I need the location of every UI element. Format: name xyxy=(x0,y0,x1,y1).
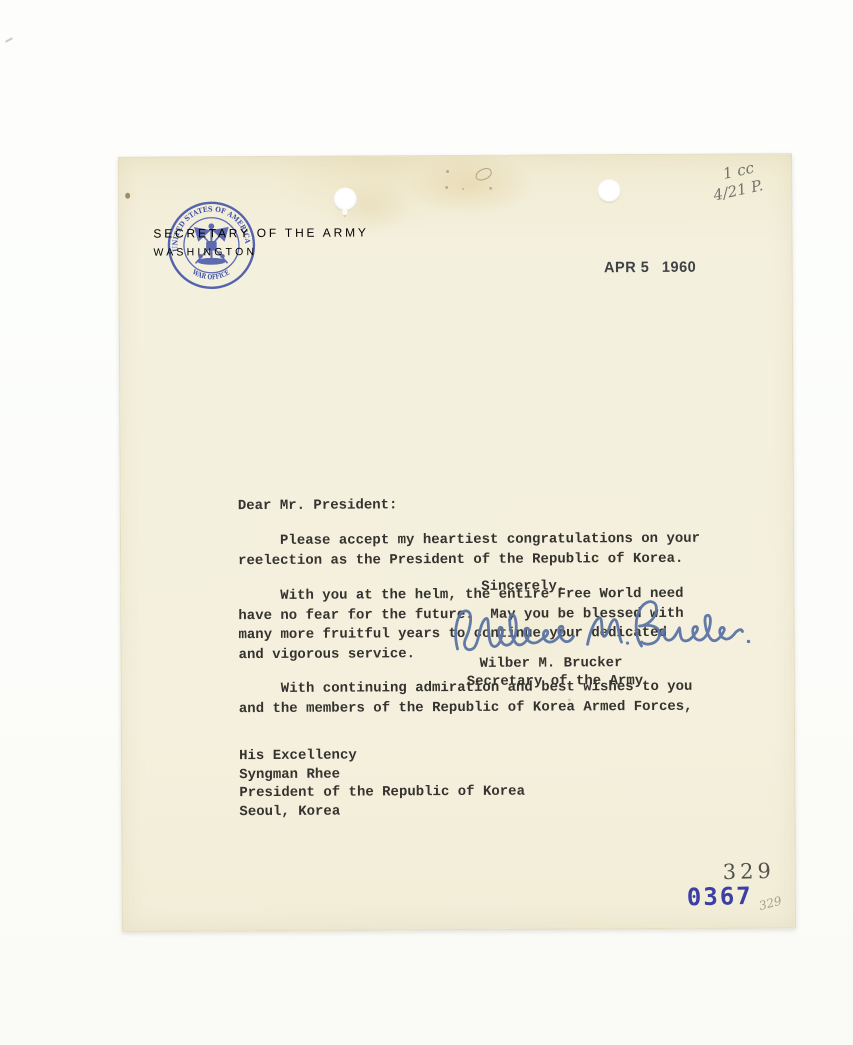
signature-handwriting xyxy=(451,595,751,659)
closing: Sincerely, xyxy=(481,577,565,597)
paper-edge-speck xyxy=(125,193,130,199)
scan-artifact-dash xyxy=(5,37,13,43)
body-paragraph-1: Please accept my heartiest congratulatio… xyxy=(238,530,700,571)
page-number-stamp: 329 xyxy=(722,859,775,884)
scan-speck xyxy=(445,186,448,189)
signature-typed-title: Secretary of the Army xyxy=(467,672,644,692)
letterhead-city: WASHINGTON xyxy=(153,243,791,258)
seal-bottom-text: WAR OFFICE xyxy=(190,267,231,282)
pencil-number-note: 329 xyxy=(758,894,784,913)
salutation: Dear Mr. President: xyxy=(238,496,398,516)
signature-middle-initial-stroke xyxy=(587,618,621,645)
svg-text:WAR OFFICE: WAR OFFICE xyxy=(190,267,231,282)
scan-speck xyxy=(353,617,356,620)
punch-hole-left xyxy=(333,188,357,212)
pencil-annotation: 1 cc 4/21 P. xyxy=(708,158,765,206)
letterhead-title: SECRETARY OF THE ARMY xyxy=(153,223,791,240)
scanned-letter-background: UNITED STATES OF AMERICA WAR OFFICE SECR… xyxy=(0,0,853,1045)
serial-number-stamp: 0367 xyxy=(687,882,753,911)
signature-last-name-stroke xyxy=(636,601,743,646)
scan-speck xyxy=(462,188,464,190)
punch-hole-right xyxy=(597,179,621,203)
letter-paper: UNITED STATES OF AMERICA WAR OFFICE SECR… xyxy=(118,153,796,932)
scan-speck xyxy=(446,170,449,173)
scan-speck xyxy=(568,698,571,701)
recipient-address: His Excellency Syngman Rhee President of… xyxy=(239,746,525,822)
scan-speck xyxy=(489,187,492,190)
date-stamp-year: 1960 xyxy=(662,259,696,276)
date-received-stamp: APR 51960 xyxy=(604,259,696,276)
pencil-scribble-mark xyxy=(474,166,494,182)
scan-speck xyxy=(561,610,564,613)
date-stamp-month-day: APR 5 xyxy=(604,259,649,276)
signature-first-name-stroke xyxy=(456,610,574,649)
